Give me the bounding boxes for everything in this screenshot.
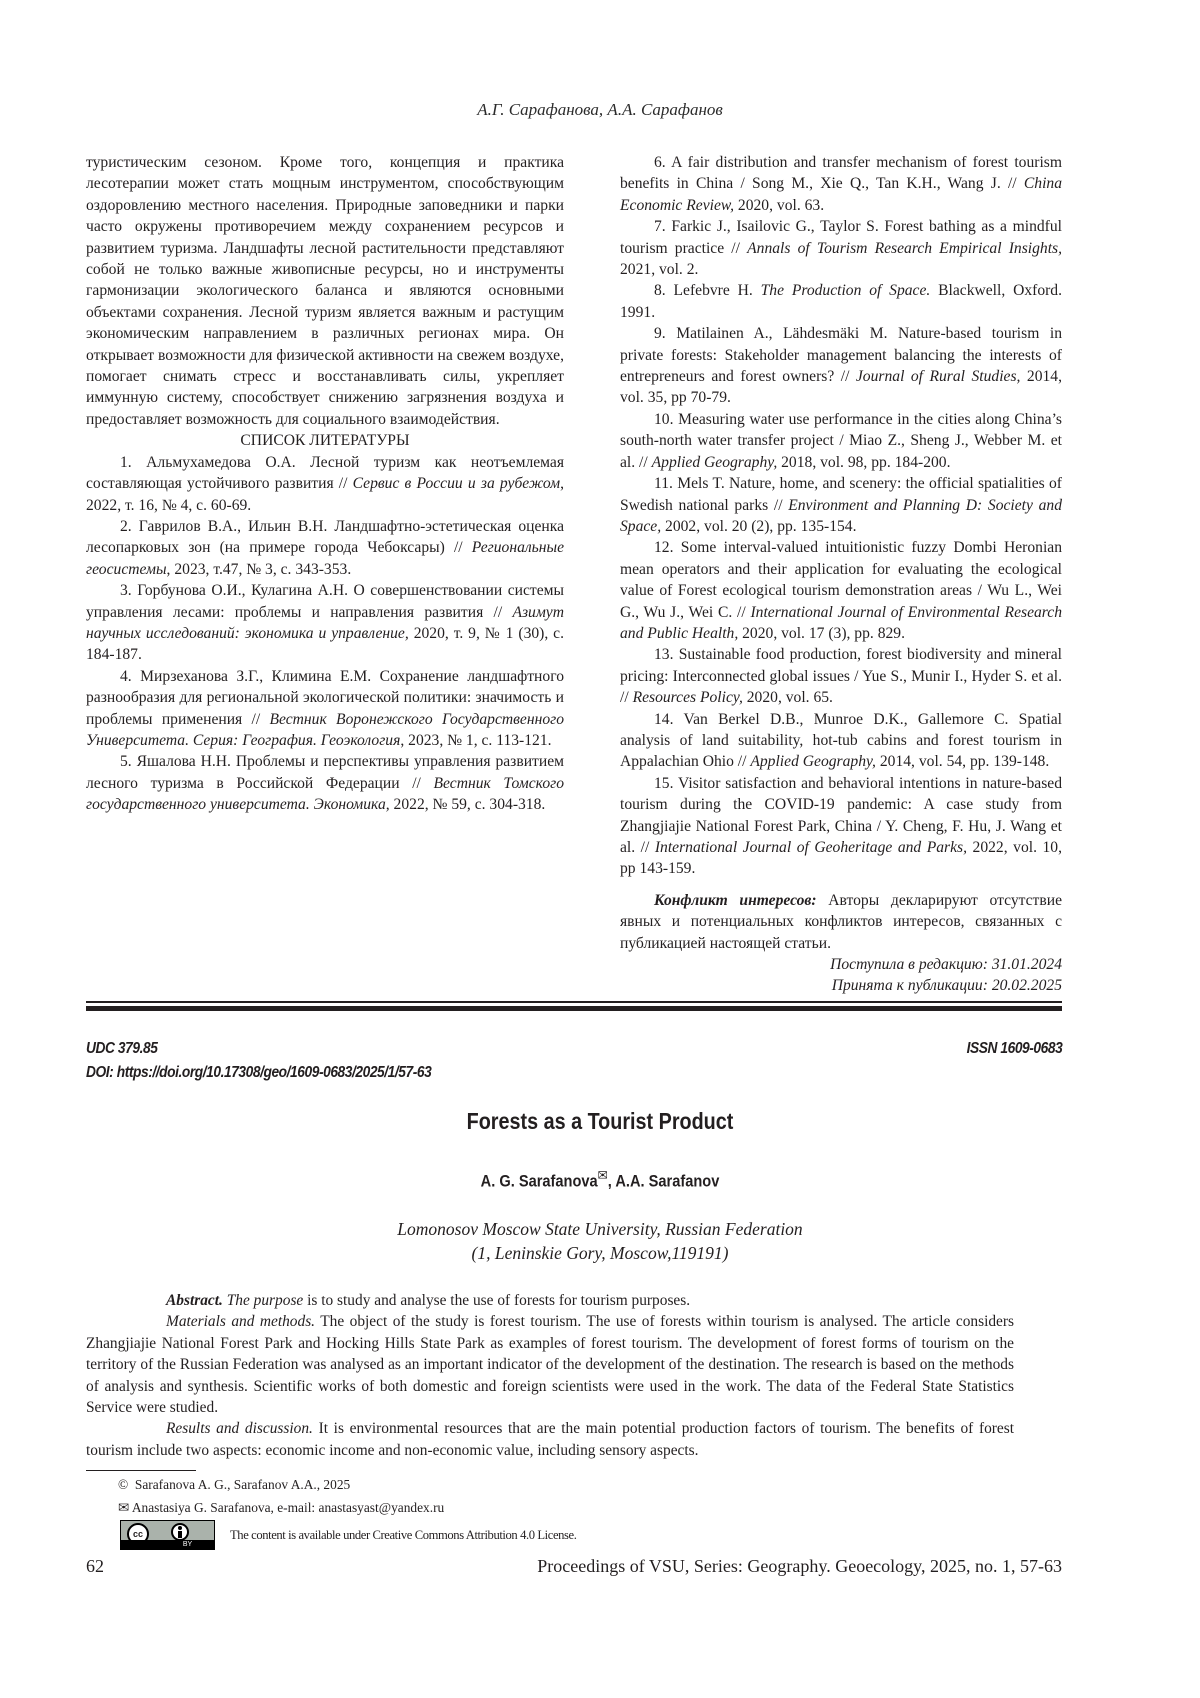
conflict-label: Конфликт интересов: [654,892,817,909]
running-header: А.Г. Сарафанова, А.А. Сарафанов [0,100,1200,120]
reference-item: 15. Visitor satisfaction and behavioral … [620,773,1062,880]
footnote-divider [86,1470,196,1471]
reference-item: 11. Mels T. Nature, home, and scenery: t… [620,473,1062,537]
envelope-icon: ✉ [118,1500,129,1515]
by-label: BY [121,1540,214,1549]
reference-item: 7. Farkic J., Isailovic G., Taylor S. Fo… [620,216,1062,280]
reference-item: 5. Яшалова Н.Н. Проблемы и перспективы у… [86,751,564,815]
references-list-left: 1. Альмухамедова О.А. Лесной туризм как … [86,452,564,816]
received-date: Поступила в редакцию: 31.01.2024 [620,954,1062,975]
reference-item: 13. Sustainable food production, forest … [620,644,1062,708]
references-heading: СПИСОК ЛИТЕРАТУРЫ [86,430,564,451]
reference-item: 4. Мирзеханова З.Г., Климина Е.М. Сохран… [86,666,564,752]
accepted-date: Принята к публикации: 20.02.2025 [620,975,1062,996]
references-list-right: 6. A fair distribution and transfer mech… [620,152,1062,880]
reference-item: 8. Lefebvre H. The Production of Space. … [620,280,1062,323]
left-column: туристическим сезоном. Кроме того, конце… [86,152,564,816]
reference-item: 12. Some interval-valued intuitionistic … [620,537,1062,644]
envelope-icon: ✉ [598,1167,608,1183]
abstract: Abstract. The purpose is to study and an… [166,1290,1014,1461]
body-paragraph: туристическим сезоном. Кроме того, конце… [86,152,564,430]
section-divider-thick [86,1006,1062,1011]
doi-link[interactable]: DOI: https://doi.org/10.17308/geo/1609-0… [86,1061,431,1085]
reference-item: 6. A fair distribution and transfer mech… [620,152,1062,216]
reference-item: 14. Van Berkel D.B., Munroe D.K., Gallem… [620,709,1062,773]
udc-code: UDC 379.85 [86,1037,431,1061]
article-identifiers: UDC 379.85 DOI: https://doi.org/10.17308… [86,1037,431,1085]
abstract-purpose: Abstract. The purpose is to study and an… [166,1290,1014,1311]
affiliation: Lomonosov Moscow State University, Russi… [0,1217,1200,1265]
reference-item: 1. Альмухамедова О.А. Лесной туризм как … [86,452,564,516]
abstract-results: Results and discussion. It is environmen… [86,1418,1014,1461]
page-number: 62 [86,1556,104,1577]
conflict-of-interest: Конфликт интересов: Авторы декларируют о… [620,890,1062,954]
copyright-note: © Sarafanova A. G., Sarafanov A.A., 2025 [118,1476,350,1494]
reference-item: 2. Гаврилов В.А., Ильин В.Н. Ландшафтно-… [86,516,564,580]
cc-by-license-badge[interactable]: cc BY [120,1520,215,1550]
attribution-person-icon [171,1523,189,1541]
reference-item: 10. Measuring water use performance in t… [620,409,1062,473]
issn: ISSN 1609-0683 [966,1037,1062,1061]
article-authors: A. G. Sarafanova✉, A.A. Sarafanov [84,1167,1116,1192]
copyright-icon: © [118,1477,128,1492]
right-column: 6. A fair distribution and transfer mech… [620,152,1062,997]
article-title: Forests as a Tourist Product [84,1108,1116,1135]
license-text: The content is available under Creative … [230,1528,576,1543]
contact-note: ✉ Anastasiya G. Sarafanova, e-mail: anas… [118,1499,444,1517]
abstract-methods: Materials and methods. The object of the… [86,1311,1014,1418]
reference-item: 3. Горбунова О.И., Кулагина А.Н. О совер… [86,580,564,666]
journal-citation: Proceedings of VSU, Series: Geography. G… [537,1556,1062,1577]
reference-item: 9. Matilainen A., Lähdesmäki M. Nature-b… [620,323,1062,409]
section-divider-thin [86,1001,1062,1003]
